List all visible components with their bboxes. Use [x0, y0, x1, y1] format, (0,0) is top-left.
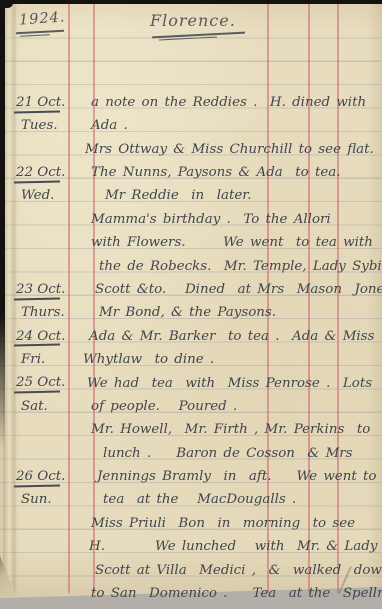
- entry-text: Scott at Villa Medici , & walked down: [95, 559, 382, 582]
- binding-edge: [0, 0, 5, 450]
- page-title: Florence.: [150, 11, 236, 30]
- entry-row: Sat. lunch . Baron de Cosson & Mrs: [16, 395, 380, 418]
- entry-row: 21 Oct. Mrs Ottway & Miss Churchill to s…: [16, 91, 380, 114]
- entry-date-label: 24 Oct.: [16, 325, 65, 348]
- entry-row: 25 Oct. Mr. Howell, Mr. Firth , Mr. Perk…: [16, 371, 380, 394]
- entry-date-label: Tues.: [21, 114, 58, 137]
- entry-row: Wed. with Flowers. We went to tea with: [16, 184, 380, 207]
- entry-date-label: Sat.: [21, 395, 48, 418]
- entry-row: to San Domenico . Tea at the Spellmans .: [16, 535, 380, 558]
- entry-row: Thurs. Whytlaw to dine .: [16, 301, 380, 324]
- entry-row: Scott at Villa Medici , & walked down: [16, 512, 380, 535]
- entry-date-label: 25 Oct.: [16, 371, 65, 394]
- entry-row: Mr Reddie in later.: [16, 138, 380, 161]
- entry-row: Mr Bond, & the Paysons.: [16, 255, 380, 278]
- diary-scan: 1924. Florence. a note on the Reddies . …: [0, 0, 382, 609]
- entry-row: Scott &to. Dined at Mrs Mason Jones.: [16, 231, 380, 254]
- entry-row: 26 Oct. Miss Priuli Bon in morning to se…: [16, 465, 380, 488]
- entry-date-label: 23 Oct.: [16, 278, 65, 301]
- entry-row: Ada .: [16, 67, 380, 90]
- binding-top-corner: [0, 0, 13, 8]
- entry-row: 24 Oct. We had tea with Miss Penrose . L…: [16, 325, 380, 348]
- entry-row: tea at the MacDougalls .: [16, 442, 380, 465]
- entry-text: to San Domenico . Tea at the Spellmans .: [91, 582, 382, 605]
- binding-top-edge: [0, 0, 382, 4]
- entry-date-label: Fri.: [21, 348, 45, 371]
- entry-row: Fri. of people. Poured .: [16, 348, 380, 371]
- year-label: 1924.: [18, 9, 66, 28]
- entry-row: Tues. The Nunns, Paysons & Ada to tea.: [16, 114, 380, 137]
- entry-row: 22 Oct. Mamma's birthday . To the Allori: [16, 161, 380, 184]
- entry-date-label: 21 Oct.: [16, 91, 65, 114]
- entry-row: 23 Oct. Ada & Mr. Barker to tea . Ada & …: [16, 278, 380, 301]
- entry-row: Jennings Bramly in aft. We went to: [16, 418, 380, 441]
- year-underline: [16, 30, 64, 37]
- title-underline: [152, 33, 245, 40]
- entry-row: a note on the Reddies . H. dined with: [16, 44, 380, 67]
- entry-row: the de Robecks. Mr. Temple, Lady Sybil: [16, 208, 380, 231]
- entry-date-label: Thurs.: [21, 301, 65, 324]
- entry-row: Sun. H. We lunched with Mr. & Lady Sybil: [16, 488, 380, 511]
- entry-date-label: Sun.: [21, 488, 52, 511]
- entry-date-label: 22 Oct.: [16, 161, 65, 184]
- entries-list: a note on the Reddies . H. dined with Ad…: [16, 44, 380, 559]
- entry-date-label: Wed.: [21, 184, 54, 207]
- entry-date-label: 26 Oct.: [16, 465, 65, 488]
